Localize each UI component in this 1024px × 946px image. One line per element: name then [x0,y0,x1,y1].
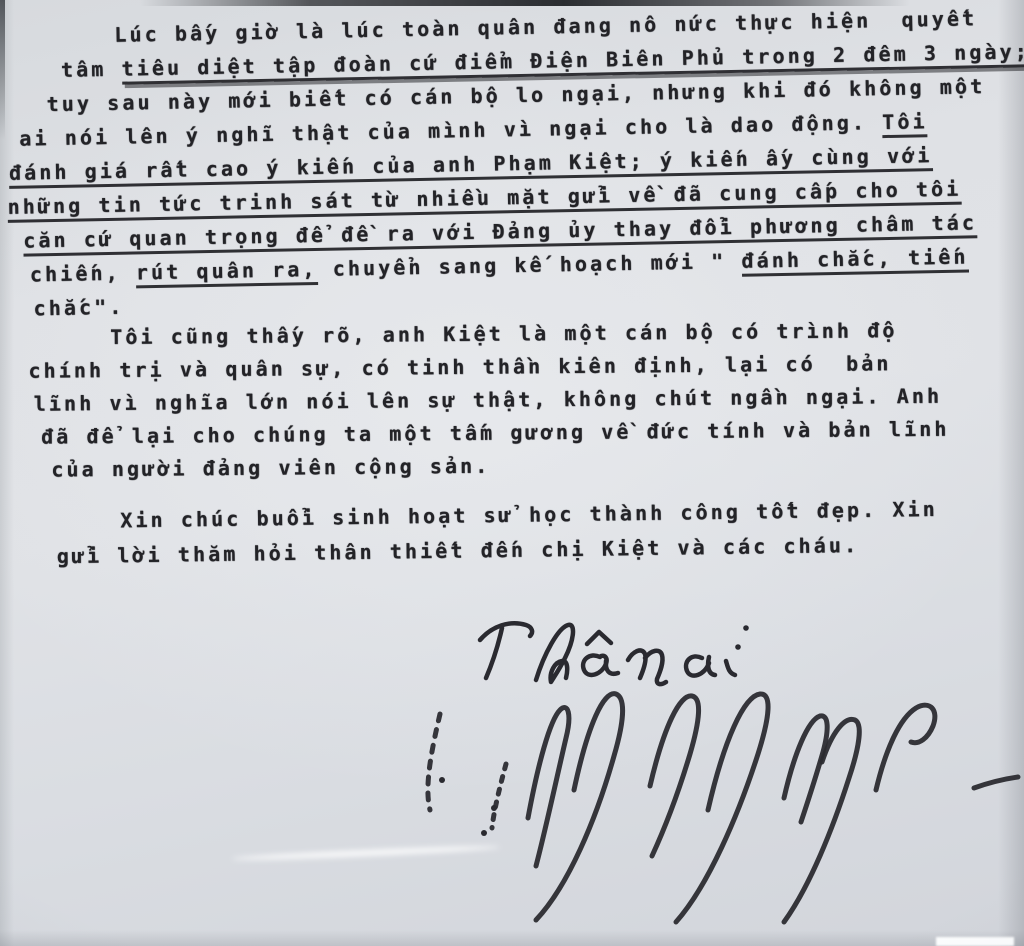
text-segment: đã để lại cho chúng ta một tấm gương về … [41,417,950,449]
text-segment: của người đảng viên cộng sản. [51,454,490,482]
paragraph-1: Lúc bấy giờ là lúc toàn quân đang nô nức… [0,0,1024,326]
text-segment: Xin chúc buổi sinh hoạt sử học thành côn… [120,497,938,532]
underlined-text: rút quân ra, [136,257,318,288]
text-segment: chắc". [33,295,124,321]
underlined-text: đánh chắc, tiến [741,244,969,276]
text-line: của người đảng viên cộng sản. [51,446,950,487]
text-segment: tâm [61,57,122,82]
paragraph-3: Xin chúc buổi sinh hoạt sử học thành côn… [0,492,939,575]
paragraph-2: Tôi cũng thấy rõ, anh Kiệt là một cán bộ… [0,314,950,487]
text-segment: chuyển sang kế hoạch mới " [317,249,741,281]
text-segment: gửi lời thăm hỏi thân thiết đến chị Kiệt… [57,533,860,568]
scanned-letter-page: Lúc bấy giờ là lúc toàn quân đang nô nức… [0,0,1024,946]
text-segment: chiến, [30,260,136,286]
underlined-text: Tôi [882,109,928,138]
signature [378,668,1024,940]
text-segment: Tôi cũng thấy rõ, anh Kiệt là một cán bộ… [110,318,898,349]
text-segment: chính trị và quân sự, có tinh thần kiên … [28,351,891,383]
text-segment: lĩnh vì nghĩa lớn nói lên sự thật, không… [34,384,943,416]
